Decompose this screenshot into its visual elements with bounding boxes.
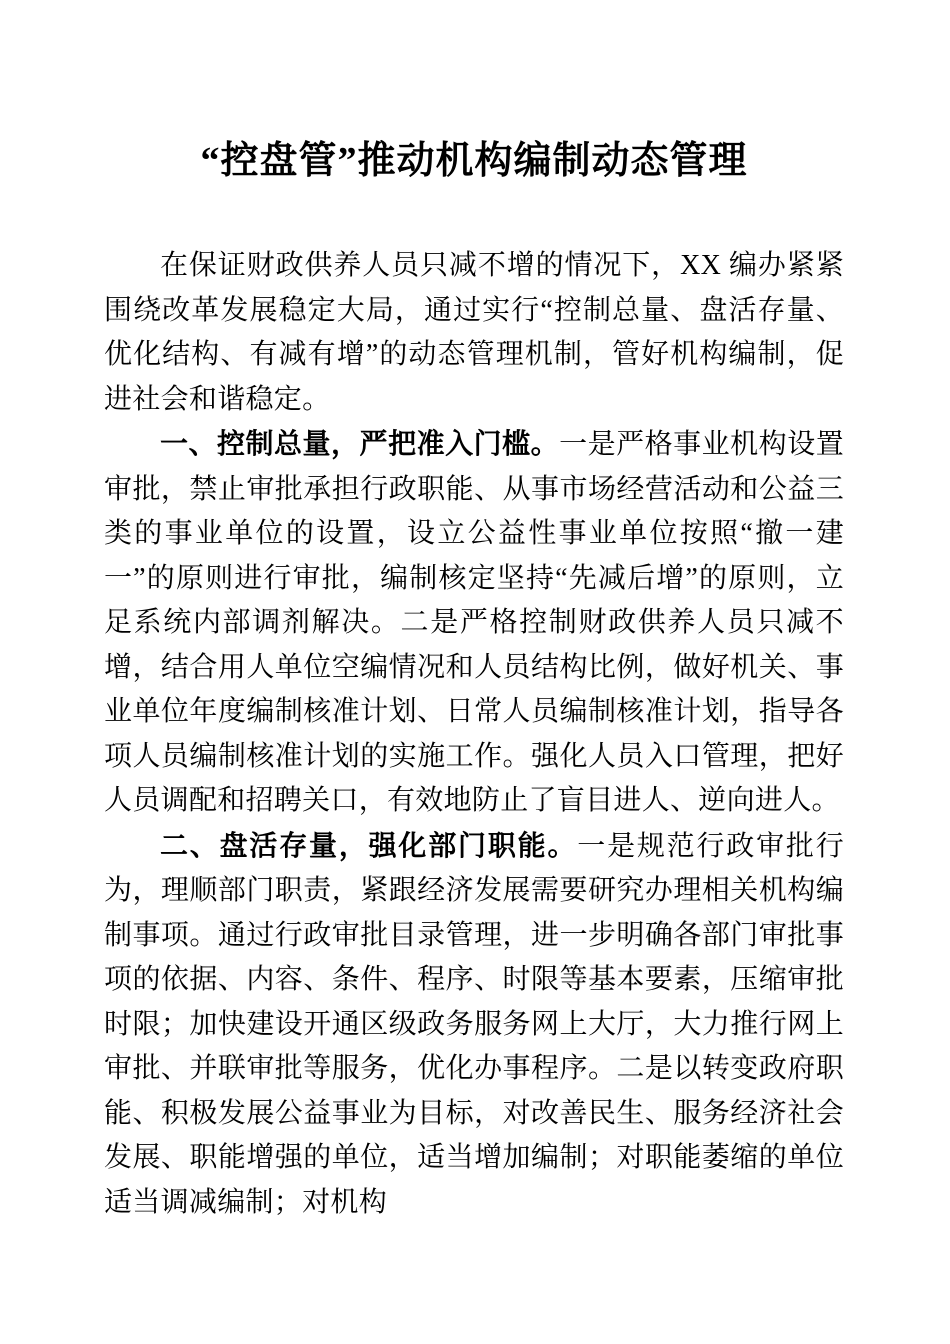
document-page: “控盘管”推动机构编制动态管理 在保证财政供养人员只减不增的情况下，XX 编办紧…: [0, 0, 950, 1344]
paragraph-section-1: 一、控制总量，严把准入门槛。一是严格事业机构设置审批，禁止审批承担行政职能、从事…: [104, 422, 844, 824]
paragraph-intro: 在保证财政供养人员只减不增的情况下，XX 编办紧紧围绕改革发展稳定大局，通过实行…: [104, 244, 844, 422]
paragraph-text: 一是严格事业机构设置审批，禁止审批承担行政职能、从事市场经营活动和公益三类的事业…: [104, 429, 844, 816]
document-title: “控盘管”推动机构编制动态管理: [104, 138, 844, 184]
document-body: 在保证财政供养人员只减不增的情况下，XX 编办紧紧围绕改革发展稳定大局，通过实行…: [104, 244, 844, 1225]
section-1-heading: 一、控制总量，严把准入门槛。: [160, 428, 559, 459]
paragraph-section-2: 二、盘活存量，强化部门职能。一是规范行政审批行为，理顺部门职责，紧跟经济发展需要…: [104, 824, 844, 1226]
paragraph-text: 在保证财政供养人员只减不增的情况下，XX 编办紧紧围绕改革发展稳定大局，通过实行…: [104, 250, 844, 415]
section-2-heading: 二、盘活存量，强化部门职能。: [160, 830, 577, 861]
paragraph-text: 一是规范行政审批行为，理顺部门职责，紧跟经济发展需要研究办理相关机构编制事项。通…: [104, 831, 844, 1218]
